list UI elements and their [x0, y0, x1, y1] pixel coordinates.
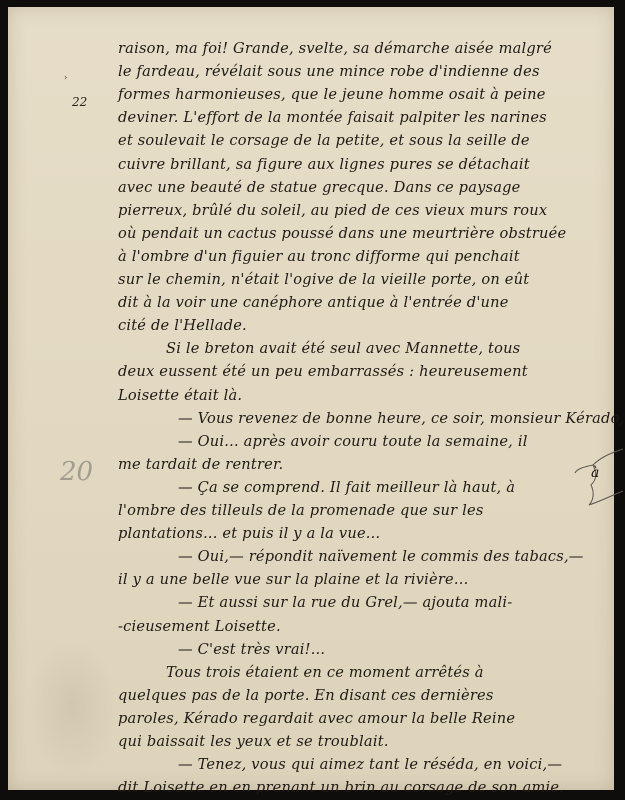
- text-line: me tardait de rentrer.: [118, 455, 618, 475]
- manuscript-page: › 22 20 à raison, ma foi! Grande, svelte…: [8, 7, 614, 790]
- text-line: l'ombre des tilleuls de la promenade que…: [118, 501, 618, 521]
- text-line: -cieusement Loisette.: [118, 617, 618, 637]
- text-line: — Oui... après avoir couru toute la sema…: [178, 432, 623, 452]
- text-line: dit Loisette en en prenant un brin au co…: [118, 778, 618, 798]
- text-line: — Ça se comprend. Il fait meilleur là ha…: [178, 478, 623, 498]
- text-line: — Vous revenez de bonne heure, ce soir, …: [178, 409, 623, 429]
- text-line: cuivre brillant, sa figure aux lignes pu…: [118, 155, 618, 175]
- text-line: Loisette était là.: [118, 386, 618, 406]
- text-line: Si le breton avait été seul avec Mannett…: [166, 339, 621, 359]
- text-line: à l'ombre d'un figuier au tronc difforme…: [118, 247, 618, 267]
- text-line: cité de l'Hellade.: [118, 316, 618, 336]
- text-line: raison, ma foi! Grande, svelte, sa démar…: [118, 39, 618, 59]
- text-line: il y a une belle vue sur la plaine et la…: [118, 570, 618, 590]
- text-line: formes harmonieuses, que le jeune homme …: [118, 85, 618, 105]
- text-line: où pendait un cactus poussé dans une meu…: [118, 224, 618, 244]
- text-line: pierreux, brûlé du soleil, au pied de ce…: [118, 201, 618, 221]
- text-line: sur le chemin, n'était l'ogive de la vie…: [118, 270, 618, 290]
- text-line: Tous trois étaient en ce moment arrêtés …: [166, 663, 621, 683]
- text-line: — Et aussi sur la rue du Grel,— ajouta m…: [178, 593, 623, 613]
- margin-mark: ›: [64, 73, 67, 82]
- text-line: le fardeau, révélait sous une mince robe…: [118, 62, 618, 82]
- text-line: — C'est très vrai!...: [178, 640, 623, 660]
- text-line: paroles, Kérado regardait avec amour la …: [118, 709, 618, 729]
- paper-stain: [28, 637, 118, 777]
- text-line: quelques pas de la porte. En disant ces …: [118, 686, 618, 706]
- text-line: et soulevait le corsage de la petite, et…: [118, 131, 618, 151]
- folio-number: 22: [72, 95, 87, 109]
- text-line: — Tenez, vous qui aimez tant le réséda, …: [178, 755, 623, 775]
- text-line: deviner. L'effort de la montée faisait p…: [118, 108, 618, 128]
- pencil-annotation: 20: [60, 457, 93, 487]
- text-line: plantations... et puis il y a la vue...: [118, 524, 618, 544]
- text-line: qui baissait les yeux et se troublait.: [118, 732, 618, 752]
- text-line: dit à la voir une canéphore antique à l'…: [118, 293, 618, 313]
- text-line: — Oui,— répondit naïvement le commis des…: [178, 547, 623, 567]
- text-line: deux eussent été un peu embarrassés : he…: [118, 362, 618, 382]
- text-line: avec une beauté de statue grecque. Dans …: [118, 178, 618, 198]
